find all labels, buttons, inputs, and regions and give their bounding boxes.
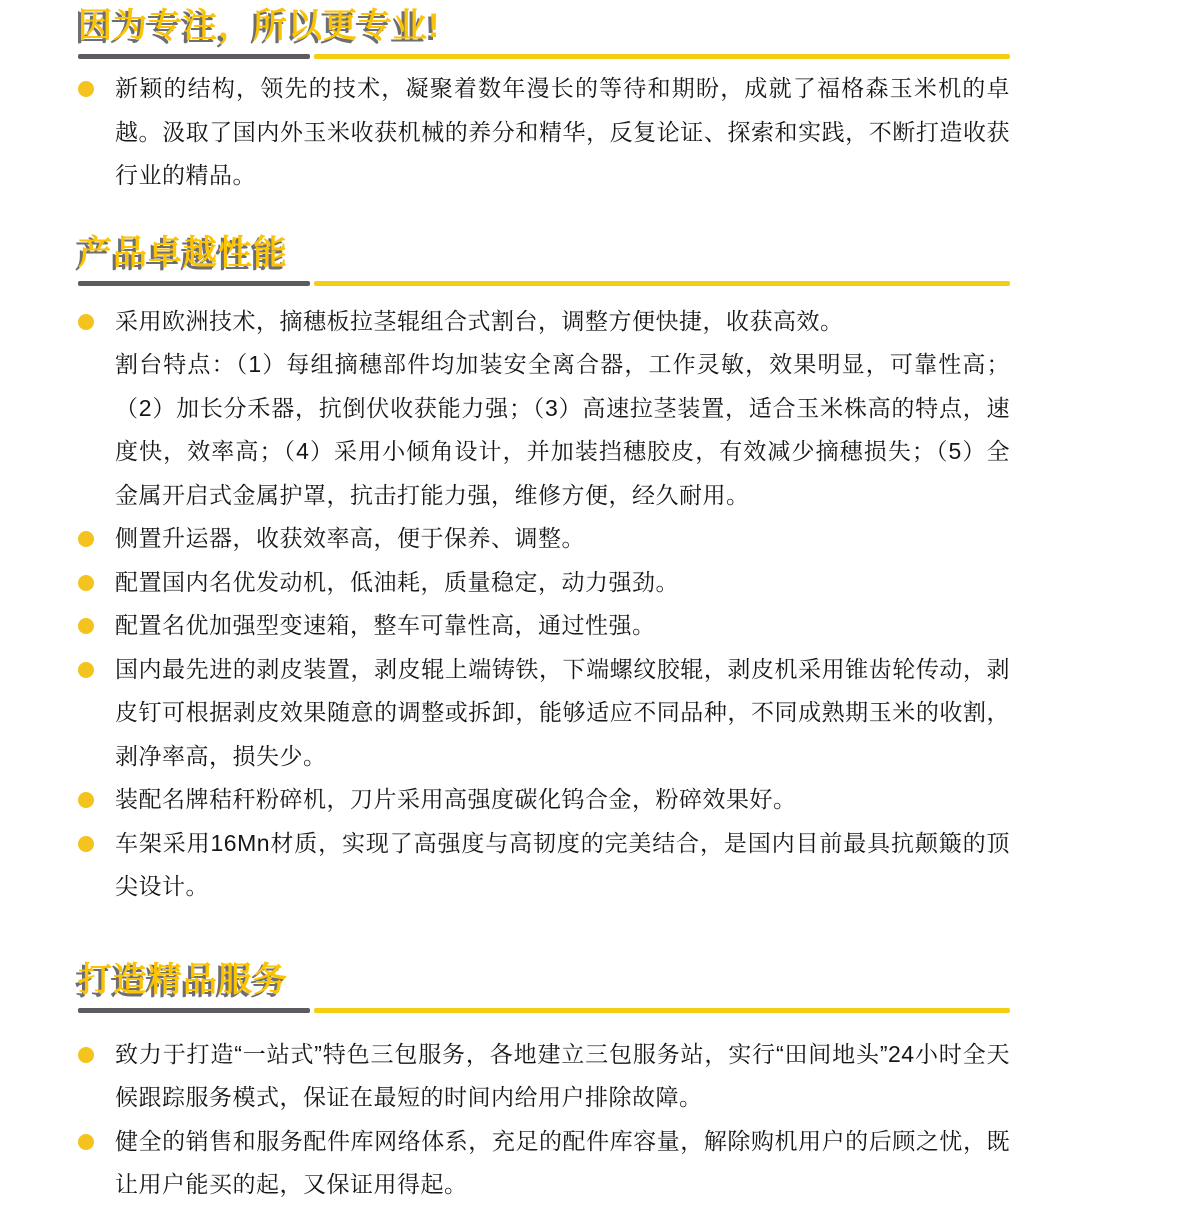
list-item: 国内最先进的剥皮装置，剥皮辊上端铸铁，下端螺纹胶辊，剥皮机采用锥齿轮传动，剥皮钉…: [78, 648, 1010, 779]
list-item: 配置名优加强型变速箱，整车可靠性高，通过性强。: [78, 604, 1010, 648]
underline-yellow-segment: [314, 1008, 1010, 1013]
list-item: 新颖的结构，领先的技术，凝聚着数年漫长的等待和期盼，成就了福格森玉米机的卓越。汲…: [78, 67, 1010, 198]
section-why-professional: 因为专注，所以更专业! 新颖的结构，领先的技术，凝聚着数年漫长的等待和期盼，成就…: [78, 8, 1010, 198]
feature-list: 新颖的结构，领先的技术，凝聚着数年漫长的等待和期盼，成就了福格森玉米机的卓越。汲…: [78, 67, 1010, 198]
section-heading: 产品卓越性能: [78, 235, 1010, 272]
bullet-dot-icon: [78, 1134, 94, 1150]
bullet-dot-icon: [78, 618, 94, 634]
heading-underline: [78, 54, 1010, 59]
list-item: 致力于打造“一站式”特色三包服务，各地建立三包服务站，实行“田间地头”24小时全…: [78, 1033, 1010, 1120]
list-item: 健全的销售和服务配件库网络体系，充足的配件库容量，解除购机用户的后顾之忧，既让用…: [78, 1120, 1010, 1207]
list-item: 侧置升运器，收获效率高，便于保养、调整。: [78, 517, 1010, 561]
product-description-page: 因为专注，所以更专业! 新颖的结构，领先的技术，凝聚着数年漫长的等待和期盼，成就…: [0, 0, 1180, 1209]
bullet-text: 配置名优加强型变速箱，整车可靠性高，通过性强。: [115, 604, 1010, 648]
bullet-dot-icon: [78, 836, 94, 852]
heading-underline: [78, 1008, 1010, 1013]
bullet-dot-icon: [78, 662, 94, 678]
bullet-dot-icon: [78, 575, 94, 591]
bullet-text: 新颖的结构，领先的技术，凝聚着数年漫长的等待和期盼，成就了福格森玉米机的卓越。汲…: [115, 67, 1010, 198]
bullet-dot-icon: [78, 531, 94, 547]
underline-yellow-segment: [314, 281, 1010, 286]
bullet-dot-icon: [78, 81, 94, 97]
section-premium-service: 打造精品服务 致力于打造“一站式”特色三包服务，各地建立三包服务站，实行“田间地…: [78, 962, 1010, 1207]
section-product-performance: 产品卓越性能 采用欧洲技术，摘穗板拉茎辊组合式割台，调整方便快捷，收获高效。 割…: [78, 235, 1010, 909]
section-heading: 因为专注，所以更专业!: [78, 8, 1010, 45]
underline-gray-segment: [78, 1008, 310, 1013]
bullet-dot-icon: [78, 792, 94, 808]
underline-yellow-segment: [314, 54, 1010, 59]
section-heading: 打造精品服务: [78, 962, 1010, 999]
bullet-text: 国内最先进的剥皮装置，剥皮辊上端铸铁，下端螺纹胶辊，剥皮机采用锥齿轮传动，剥皮钉…: [115, 648, 1010, 779]
bullet-text: 装配名牌秸秆粉碎机，刀片采用高强度碳化钨合金，粉碎效果好。: [115, 778, 1010, 822]
list-item: 车架采用16Mn材质，实现了高强度与高韧度的完美结合，是国内目前最具抗颠簸的顶尖…: [78, 822, 1010, 909]
bullet-text: 配置国内名优发动机，低油耗，质量稳定，动力强劲。: [115, 561, 1010, 605]
bullet-text: 割台特点：（1）每组摘穗部件均加装安全离合器，工作灵敏，效果明显，可靠性高；（2…: [115, 343, 1010, 517]
bullet-dot-icon: [78, 314, 94, 330]
feature-list: 致力于打造“一站式”特色三包服务，各地建立三包服务站，实行“田间地头”24小时全…: [78, 1033, 1010, 1207]
bullet-text: 车架采用16Mn材质，实现了高强度与高韧度的完美结合，是国内目前最具抗颠簸的顶尖…: [115, 822, 1010, 909]
bullet-text: 致力于打造“一站式”特色三包服务，各地建立三包服务站，实行“田间地头”24小时全…: [115, 1033, 1010, 1120]
feature-list: 采用欧洲技术，摘穗板拉茎辊组合式割台，调整方便快捷，收获高效。 割台特点：（1）…: [78, 300, 1010, 909]
list-item: 采用欧洲技术，摘穗板拉茎辊组合式割台，调整方便快捷，收获高效。 割台特点：（1）…: [78, 300, 1010, 518]
list-item: 装配名牌秸秆粉碎机，刀片采用高强度碳化钨合金，粉碎效果好。: [78, 778, 1010, 822]
heading-underline: [78, 281, 1010, 286]
bullet-text: 健全的销售和服务配件库网络体系，充足的配件库容量，解除购机用户的后顾之忧，既让用…: [115, 1120, 1010, 1207]
bullet-text: 采用欧洲技术，摘穗板拉茎辊组合式割台，调整方便快捷，收获高效。: [115, 300, 1010, 344]
underline-gray-segment: [78, 281, 310, 286]
bullet-dot-icon: [78, 1047, 94, 1063]
bullet-text: 侧置升运器，收获效率高，便于保养、调整。: [115, 517, 1010, 561]
list-item: 配置国内名优发动机，低油耗，质量稳定，动力强劲。: [78, 561, 1010, 605]
underline-gray-segment: [78, 54, 310, 59]
